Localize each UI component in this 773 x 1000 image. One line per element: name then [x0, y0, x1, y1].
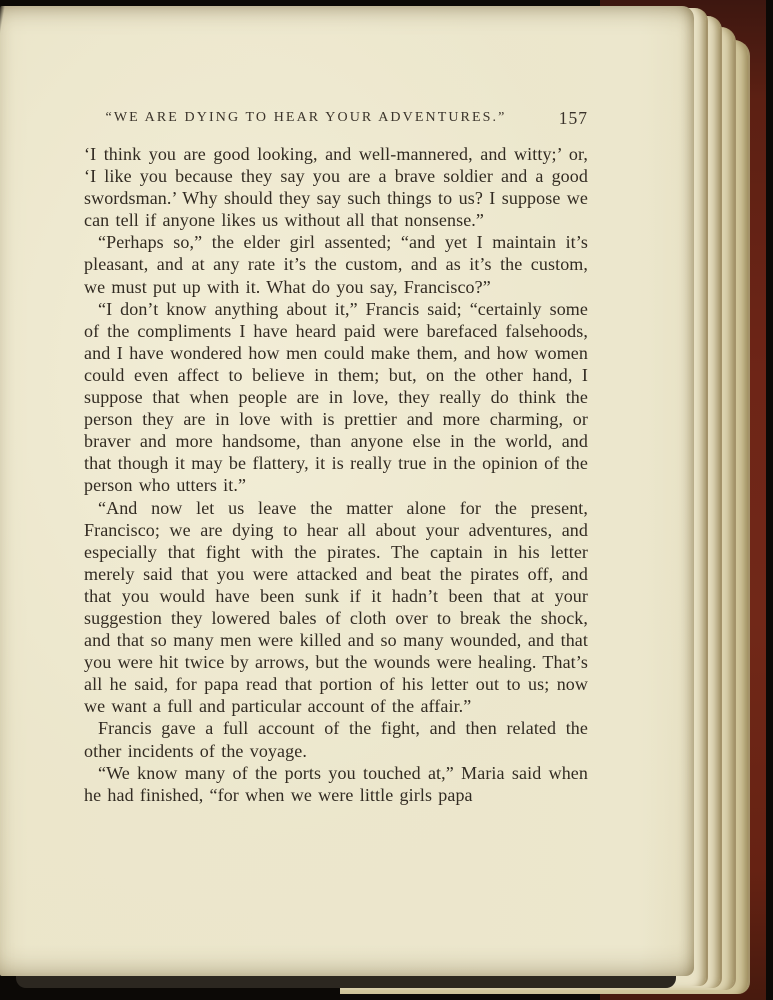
book-board-edge: [16, 976, 676, 988]
paragraph: “We know many of the ports you touched a…: [84, 762, 588, 806]
book-page: “WE ARE DYING TO HEAR YOUR ADVENTURES.” …: [0, 6, 694, 976]
page-text-block: ‘I think you are good looking, and well-…: [84, 143, 588, 806]
paragraph: “I don’t know anything about it,” Franci…: [84, 298, 588, 497]
paragraph: ‘I think you are good looking, and well-…: [84, 143, 588, 231]
page-number: 157: [559, 108, 588, 129]
scanned-book-photo: “WE ARE DYING TO HEAR YOUR ADVENTURES.” …: [0, 0, 773, 1000]
paragraph: “Perhaps so,” the elder girl assented; “…: [84, 231, 588, 297]
paragraph: “And now let us leave the matter alone f…: [84, 497, 588, 718]
running-header-title: “WE ARE DYING TO HEAR YOUR ADVENTURES.”: [84, 110, 528, 126]
page-corner-shadow: [0, 6, 6, 116]
paragraph: Francis gave a full account of the fight…: [84, 717, 588, 761]
running-header: “WE ARE DYING TO HEAR YOUR ADVENTURES.” …: [84, 110, 588, 132]
